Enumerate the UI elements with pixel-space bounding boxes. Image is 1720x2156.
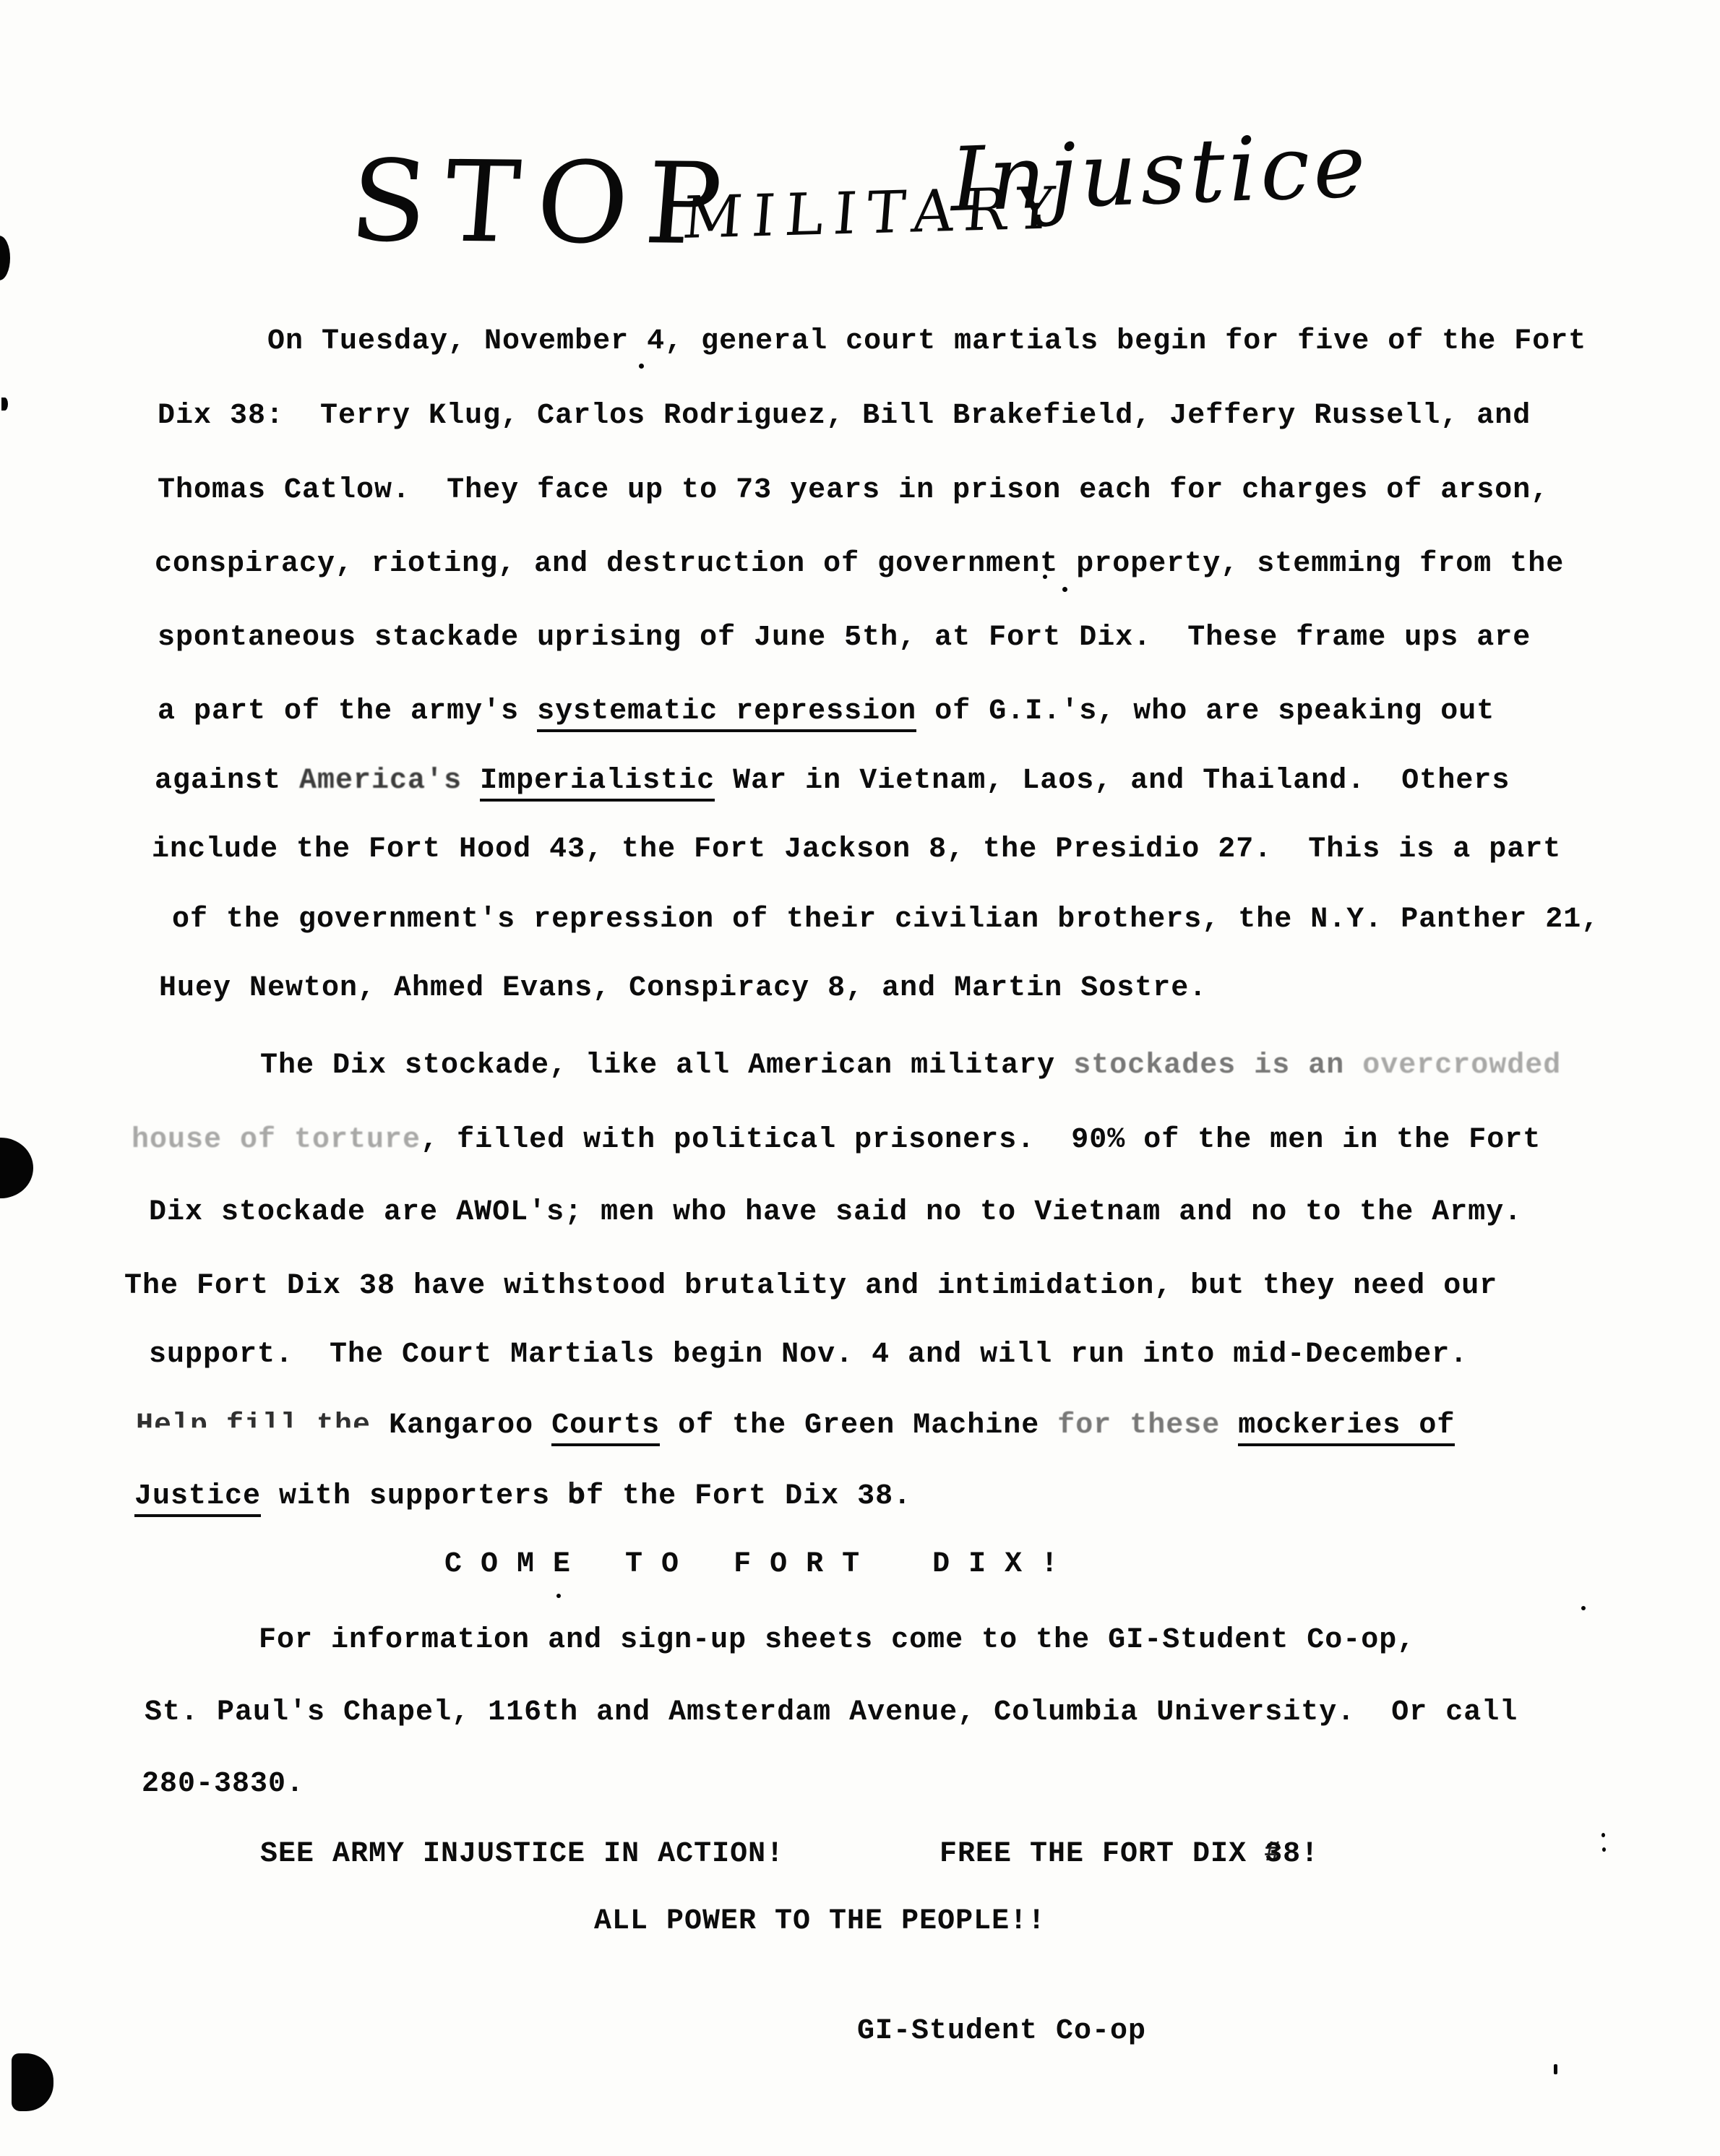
text-segment: of the Green Machine — [660, 1409, 1057, 1443]
para1-line4: conspiracy, rioting, and destruction of … — [155, 548, 1564, 581]
text-segment — [462, 765, 480, 798]
text-segment: systematic repression — [537, 695, 916, 732]
text-segment: For information and sign-up sheets come … — [259, 1624, 1415, 1657]
para1-line2: Dix 38: Terry Klug, Carlos Rodriguez, Bi… — [158, 400, 1531, 433]
text-segment: overcrowded — [1362, 1049, 1561, 1083]
text-segment: The Fort Dix 38 have withstood brutality… — [124, 1270, 1497, 1303]
text-segment: ALL POWER TO THE PEOPLE!! — [594, 1905, 1046, 1938]
para1-line10: Huey Newton, Ahmed Evans, Conspiracy 8, … — [159, 972, 1207, 1005]
ink-blob — [1, 398, 8, 411]
para1-line3: Thomas Catlow. They face up to 73 years … — [158, 474, 1549, 507]
text-segment: of the government's repression of their … — [172, 903, 1599, 937]
text-segment: C O M E T O F O R T D I X ! — [444, 1548, 1059, 1581]
ink-blob — [0, 1138, 33, 1198]
text-segment: SEE ARMY INJUSTICE IN ACTION! — [260, 1838, 784, 1871]
text-segment: of — [568, 1480, 604, 1513]
text-segment: Imperialistic — [480, 765, 715, 802]
text-segment: St. Paul's Chapel, 116th and Amsterdam A… — [145, 1696, 1518, 1730]
title-word-injustice: Injustice — [949, 114, 1371, 231]
text-segment: mockeries of — [1238, 1409, 1455, 1446]
slogan-see-army: SEE ARMY INJUSTICE IN ACTION! — [260, 1838, 784, 1871]
ink-blob — [1601, 1833, 1605, 1837]
text-segment — [1220, 1409, 1238, 1443]
text-segment: 280-3830. — [142, 1768, 304, 1801]
para3-line1: For information and sign-up sheets come … — [259, 1624, 1415, 1657]
para2-line2: house of torture, filled with political … — [132, 1124, 1541, 1157]
para2-line6: Help fill the Kangaroo Courts of the Gre… — [136, 1409, 1455, 1446]
text-segment: America's — [299, 765, 462, 798]
ink-blob — [556, 1594, 561, 1598]
text-segment: the Fort Dix 38. — [604, 1480, 911, 1513]
signature-gi-student-coop: GI-Student Co-op — [857, 2015, 1146, 2048]
ink-blob — [1554, 2064, 1557, 2074]
para2-line5: support. The Court Martials begin Nov. 4… — [149, 1339, 1468, 1372]
text-segment: of G.I.'s, who are speaking out — [916, 695, 1495, 729]
text-segment: Thomas Catlow. They face up to 73 years … — [158, 474, 1549, 507]
text-segment: Kangaroo — [371, 1409, 551, 1443]
text-segment: Huey Newton, Ahmed Evans, Conspiracy 8, … — [159, 972, 1207, 1005]
text-segment: stockades is an — [1073, 1049, 1362, 1083]
text-segment: On Tuesday, November 4, general court ma… — [267, 325, 1586, 358]
text-segment: house of torture — [132, 1124, 421, 1157]
text-segment: support. The Court Martials begin Nov. 4… — [149, 1339, 1468, 1372]
para2-line1: The Dix stockade, like all American mili… — [260, 1049, 1561, 1083]
text-segment: FREE THE FORT DIX — [939, 1838, 1265, 1871]
text-segment: , filled with political prisoners. 90% o… — [421, 1124, 1541, 1157]
para2-line3: Dix stockade are AWOL's; men who have sa… — [149, 1196, 1522, 1229]
text-segment: conspiracy, rioting, and destruction of … — [155, 548, 1564, 581]
ink-blob — [1602, 1847, 1606, 1852]
para1-line1: On Tuesday, November 4, general court ma… — [267, 325, 1586, 358]
slogan-all-power: ALL POWER TO THE PEOPLE!! — [594, 1905, 1046, 1938]
text-segment: spontaneous stackade uprising of June 5t… — [158, 622, 1531, 655]
para1-line8: include the Fort Hood 43, the Fort Jacks… — [152, 833, 1561, 867]
para1-line7: against America's Imperialistic War in V… — [155, 765, 1510, 802]
slogan-free-fort-dix: FREE THE FORT DIX 38! — [939, 1838, 1319, 1871]
text-segment: Help fill the — [136, 1409, 371, 1443]
text-segment: Courts — [551, 1409, 660, 1446]
text-segment: ! — [1301, 1838, 1319, 1871]
ink-blob — [1043, 575, 1047, 579]
text-segment: Dix 38: Terry Klug, Carlos Rodriguez, Bi… — [158, 400, 1531, 433]
para3-line2: St. Paul's Chapel, 116th and Amsterdam A… — [145, 1696, 1518, 1730]
text-segment: with supporters — [261, 1480, 568, 1513]
text-segment: include the Fort Hood 43, the Fort Jacks… — [152, 833, 1561, 867]
text-segment: against — [155, 765, 299, 798]
ink-blob — [12, 2053, 53, 2111]
ink-blob — [0, 236, 10, 280]
para1-line6: a part of the army's systematic repressi… — [158, 695, 1495, 732]
ink-blob — [1062, 587, 1067, 592]
phone-number: 280-3830. — [142, 1768, 304, 1801]
text-segment: GI-Student Co-op — [857, 2015, 1146, 2048]
ink-blob — [639, 364, 644, 369]
text-segment: 38 — [1265, 1838, 1301, 1871]
text-segment: Justice — [134, 1480, 261, 1517]
para2-line4: The Fort Dix 38 have withstood brutality… — [124, 1270, 1497, 1303]
para1-line9: of the government's repression of their … — [172, 903, 1599, 937]
come-to-fort-dix: C O M E T O F O R T D I X ! — [444, 1548, 1059, 1581]
ink-blob — [1581, 1606, 1586, 1610]
text-segment: The Dix stockade, like all American mili… — [260, 1049, 1073, 1083]
text-segment: for these — [1057, 1409, 1220, 1443]
para1-line5: spontaneous stackade uprising of June 5t… — [158, 622, 1531, 655]
text-segment: War in Vietnam, Laos, and Thailand. Othe… — [715, 765, 1510, 798]
text-segment: Dix stockade are AWOL's; men who have sa… — [149, 1196, 1522, 1229]
text-segment: a part of the army's — [158, 695, 537, 729]
scanned-flyer-page: STOP MILITARY Injustice On Tuesday, Nove… — [0, 0, 1720, 2156]
para2-line7: Justice with supporters of the Fort Dix … — [134, 1480, 911, 1517]
